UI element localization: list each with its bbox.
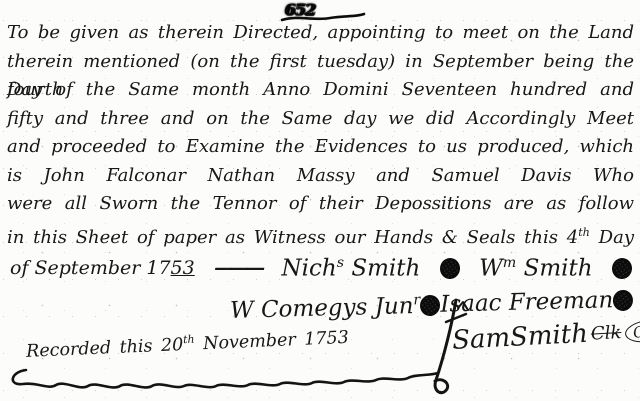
signature-wm-smith: Wm Smith: [479, 255, 592, 282]
body-line: Day of the Same month Anno Domini Sevent…: [7, 76, 634, 105]
recorded-line: Recorded this 20th November 1753: [26, 326, 350, 362]
signature-nich-smith: Nichs Smith: [282, 255, 421, 282]
body-line: fifty and three and on the Same day we d…: [7, 105, 634, 134]
manuscript-page: 652 To be given as therein Directed, app…: [0, 0, 640, 401]
seal-icon: [611, 256, 634, 280]
date-and-signature-row: of September 1753 ——— Nichs Smith Wm Smi…: [10, 250, 632, 286]
date-text: of September 1753: [10, 257, 195, 279]
body-line: in this Sheet of paper as Witness our Ha…: [7, 219, 634, 248]
clerk-county: Coty: [624, 316, 640, 346]
clerk-name: SamSmith: [451, 319, 588, 356]
signature-comegys: W Comegys Junr: [230, 292, 421, 324]
seal-icon: [438, 256, 461, 280]
body-line: therein mentioned (on the first tuesday)…: [7, 48, 634, 77]
body-line: To be given as therein Directed, appoint…: [7, 19, 634, 48]
seal-icon: [419, 293, 441, 316]
body-line: were all Sworn the Tennor of their Depos…: [7, 190, 634, 219]
bottom-flourish-icon: [4, 358, 444, 400]
body-line: and proceeded to Examine the Evidences t…: [7, 133, 634, 162]
deposition-body: To be given as therein Directed, appoint…: [7, 19, 634, 247]
filler-dash: ———: [214, 257, 262, 279]
seal-icon: [612, 288, 634, 311]
clerk-title: Clk: [590, 322, 621, 345]
body-line: is John Falconar Nathan Massy and Samuel…: [7, 162, 634, 191]
signature-freeman: Isaac Freeman: [440, 287, 614, 318]
